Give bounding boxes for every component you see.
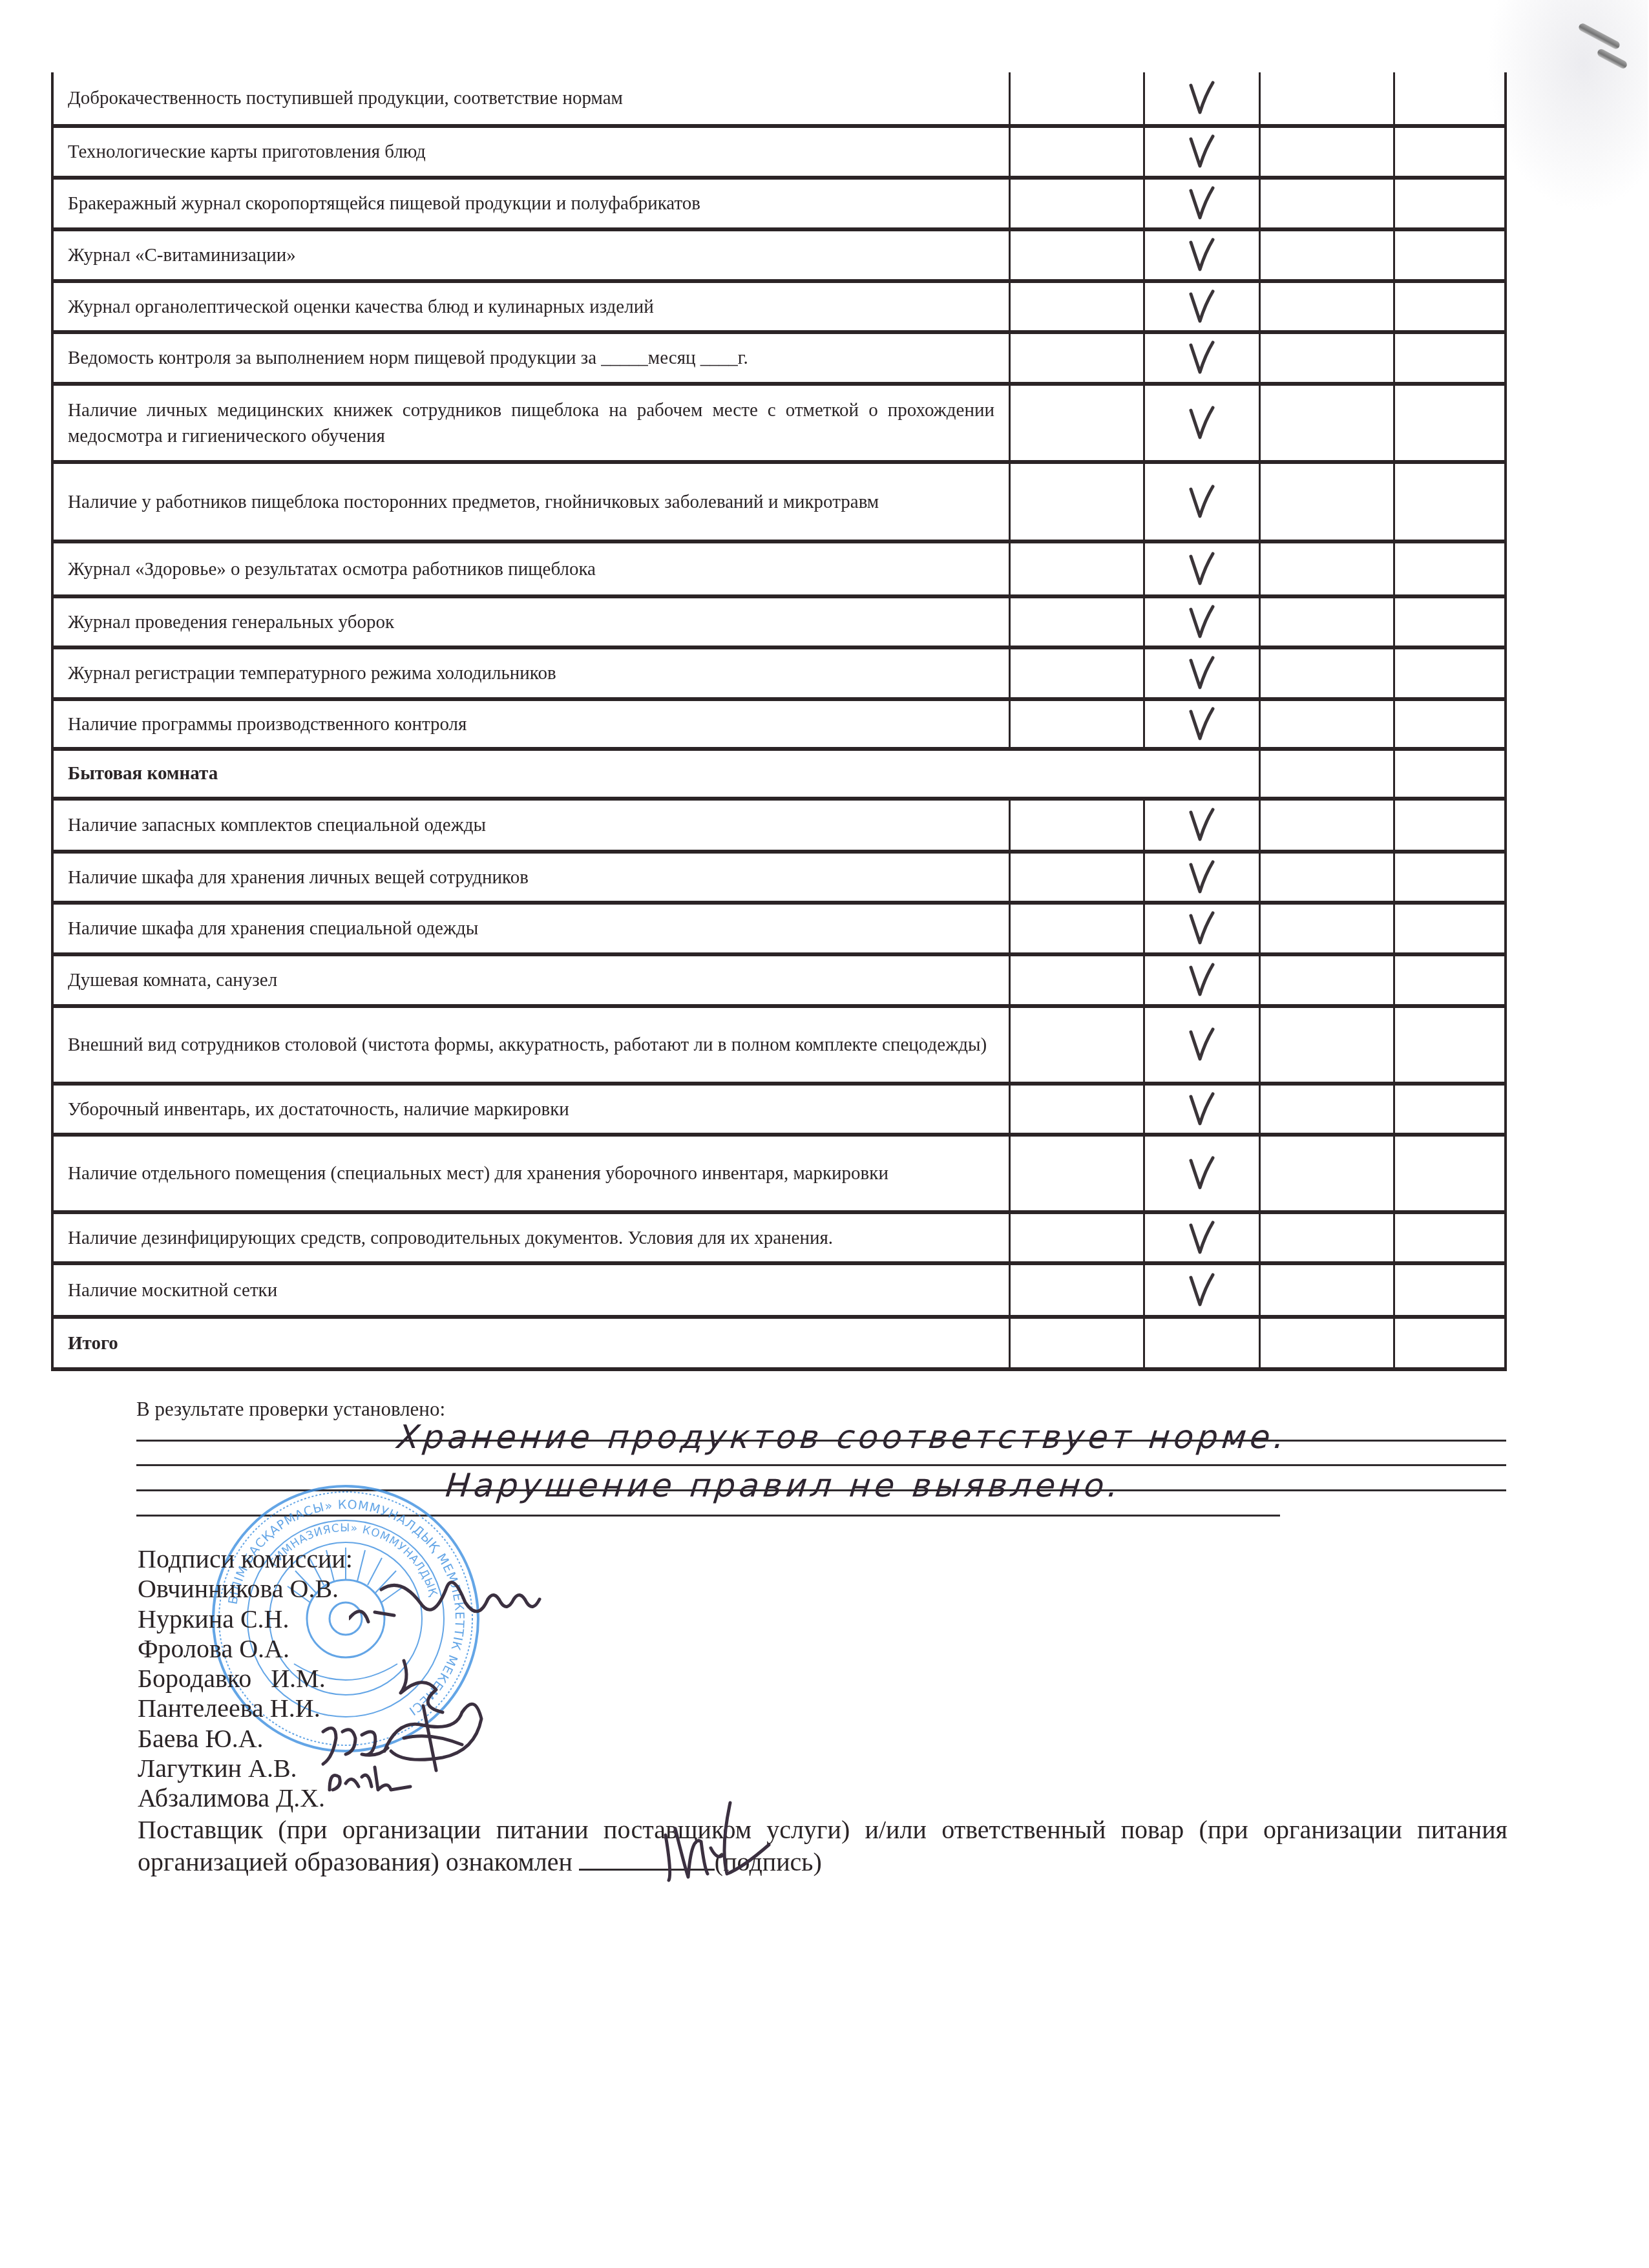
cell-col5: [1393, 701, 1504, 747]
cell-col5: [1393, 464, 1504, 540]
cell-col2: [1009, 386, 1143, 460]
results-line-2: [136, 1464, 1506, 1466]
check-mark-icon: [1143, 701, 1259, 747]
cell-col4: [1259, 854, 1393, 901]
table-row: Внешний вид сотрудников столовой (чистот…: [54, 1004, 1504, 1082]
cell-col4: [1259, 801, 1393, 850]
cell-col5: [1393, 72, 1504, 124]
criterion-text: Доброкачественность поступившей продукци…: [54, 72, 1009, 124]
cell-col4: [1259, 905, 1393, 952]
table-row: Журнал «С-витаминизации»: [54, 227, 1504, 279]
criterion-text: Наличие программы производственного конт…: [54, 701, 1009, 747]
check-mark-icon: [1143, 1214, 1259, 1261]
cell-col4: [1259, 72, 1393, 124]
cell-col2: [1009, 72, 1143, 124]
criterion-text: Уборочный инвентарь, их достаточность, н…: [54, 1086, 1009, 1133]
criterion-text: Журнал «Здоровье» о результатах осмотра …: [54, 543, 1009, 594]
cell-col2: [1009, 1214, 1143, 1261]
check-mark-icon: [1143, 905, 1259, 952]
cell-col5: [1393, 801, 1504, 850]
cell-col4: [1259, 1008, 1393, 1082]
commission-member: Фролова О.А.: [138, 1634, 353, 1664]
section-header-row: Бытовая комната: [54, 747, 1504, 797]
cell-col5: [1393, 180, 1504, 227]
criterion-text: Наличие москитной сетки: [54, 1265, 1009, 1315]
check-mark-icon: [1143, 854, 1259, 901]
table-row: Наличие москитной сетки: [54, 1261, 1504, 1315]
cell-col2: [1009, 1086, 1143, 1133]
commission-member: Бородавко И.М.: [138, 1664, 353, 1694]
signature-scrawl-ovchinnikova: [349, 1564, 543, 1635]
criterion-text: Бракеражный журнал скоропортящейся пищев…: [54, 180, 1009, 227]
criterion-text: Наличие отдельного помещения (специальны…: [54, 1137, 1009, 1210]
cell-col4: [1259, 231, 1393, 279]
cell-col5: [1393, 956, 1504, 1004]
check-mark-icon: [1143, 801, 1259, 850]
cell-col4: [1259, 751, 1393, 797]
cell-col2: [1009, 543, 1143, 594]
cell-col4: [1259, 649, 1393, 697]
cell-col4: [1259, 701, 1393, 747]
check-mark-icon: [1143, 283, 1259, 330]
cell-col3: [1143, 1319, 1259, 1367]
cell-col5: [1393, 1214, 1504, 1261]
cell-col2: [1009, 334, 1143, 382]
cell-col5: [1393, 598, 1504, 646]
results-label: В результате проверки установлено:: [136, 1398, 445, 1421]
table-row: Журнал регистрации температурного режима…: [54, 646, 1504, 697]
cell-col4: [1259, 180, 1393, 227]
cell-col5: [1393, 1008, 1504, 1082]
cell-col5: [1393, 334, 1504, 382]
table-row: Душевая комната, санузел: [54, 952, 1504, 1004]
supplier-acknowledgment: Поставщик (при организации питании поста…: [138, 1814, 1507, 1878]
table-row: Наличие дезинфицирующих средств, сопрово…: [54, 1210, 1504, 1261]
check-mark-icon: [1143, 543, 1259, 594]
cell-col2: [1009, 1319, 1143, 1367]
criterion-text: Журнал органолептической оценки качества…: [54, 283, 1009, 330]
cell-col2: [1009, 1265, 1143, 1315]
check-mark-icon: [1143, 386, 1259, 460]
table-row: Наличие личных медицинских книжек сотруд…: [54, 382, 1504, 460]
check-mark-icon: [1143, 128, 1259, 176]
check-mark-icon: [1143, 956, 1259, 1004]
cell-col2: [1009, 283, 1143, 330]
criterion-text: Душевая комната, санузел: [54, 956, 1009, 1004]
supplier-text: Поставщик (при организации питании поста…: [138, 1815, 1507, 1876]
cell-col4: [1259, 956, 1393, 1004]
table-row: Наличие шкафа для хранения личных вещей …: [54, 850, 1504, 901]
cell-col2: [1009, 180, 1143, 227]
table-row: Журнал проведения генеральных уборок: [54, 594, 1504, 646]
criterion-text: Наличие шкафа для хранения личных вещей …: [54, 854, 1009, 901]
table-row: Наличие шкафа для хранения специальной о…: [54, 901, 1504, 952]
criterion-text: Наличие дезинфицирующих средств, сопрово…: [54, 1214, 1009, 1261]
cell-col5: [1393, 128, 1504, 176]
cell-col2: [1009, 905, 1143, 952]
cell-col5: [1393, 854, 1504, 901]
commission-member: Нуркина С.Н.: [138, 1604, 353, 1634]
cell-col5: [1393, 283, 1504, 330]
scan-shadow: [1486, 0, 1648, 213]
cell-col5: [1393, 386, 1504, 460]
table-row: Доброкачественность поступившей продукци…: [54, 72, 1504, 124]
cell-col2: [1009, 464, 1143, 540]
cell-col2: [1009, 128, 1143, 176]
check-mark-icon: [1143, 1265, 1259, 1315]
check-mark-icon: [1143, 649, 1259, 697]
cell-col4: [1259, 543, 1393, 594]
table-row: Журнал органолептической оценки качества…: [54, 279, 1504, 330]
cell-col4: [1259, 598, 1393, 646]
cell-col5: [1393, 1137, 1504, 1210]
commission-member: Овчинникова О.В.: [138, 1574, 353, 1604]
check-mark-icon: [1143, 464, 1259, 540]
signature-scrawl-lagutkin: [323, 1758, 414, 1803]
commission-member: Абзалимова Д.Х.: [138, 1783, 353, 1813]
table-row: Бракеражный журнал скоропортящейся пищев…: [54, 176, 1504, 227]
table-row: Наличие запасных комплектов специальной …: [54, 797, 1504, 850]
criterion-text: Журнал «С-витаминизации»: [54, 231, 1009, 279]
table-row: Наличие отдельного помещения (специальны…: [54, 1133, 1504, 1210]
cell-col5: [1393, 543, 1504, 594]
commission-heading: Подписи комиссии:: [138, 1544, 353, 1574]
check-mark-icon: [1143, 334, 1259, 382]
cell-col2: [1009, 801, 1143, 850]
cell-col5: [1393, 1086, 1504, 1133]
criterion-text: Журнал регистрации температурного режима…: [54, 649, 1009, 697]
check-mark-icon: [1143, 180, 1259, 227]
cell-col2: [1009, 598, 1143, 646]
criterion-text: Технологические карты приготовления блюд: [54, 128, 1009, 176]
total-row: Итого: [54, 1315, 1504, 1367]
table-row: Наличие у работников пищеблока посторонн…: [54, 460, 1504, 540]
check-mark-icon: [1143, 231, 1259, 279]
check-mark-icon: [1143, 598, 1259, 646]
section-title: Бытовая комната: [54, 751, 1259, 797]
cell-col2: [1009, 231, 1143, 279]
signature-scrawl-supplier: [640, 1796, 782, 1887]
criterion-text: Ведомость контроля за выполнением норм п…: [54, 334, 1009, 382]
table-row: Ведомость контроля за выполнением норм п…: [54, 330, 1504, 382]
cell-col5: [1393, 1319, 1504, 1367]
cell-col5: [1393, 905, 1504, 952]
cell-col2: [1009, 1008, 1143, 1082]
criterion-text: Наличие личных медицинских книжек сотруд…: [54, 386, 1009, 460]
criterion-text: Итого: [54, 1319, 1009, 1367]
check-mark-icon: [1143, 1008, 1259, 1082]
cell-col5: [1393, 231, 1504, 279]
table-row: Уборочный инвентарь, их достаточность, н…: [54, 1082, 1504, 1133]
cell-col4: [1259, 1137, 1393, 1210]
cell-col5: [1393, 649, 1504, 697]
cell-col4: [1259, 1214, 1393, 1261]
cell-col2: [1009, 649, 1143, 697]
cell-col2: [1009, 1137, 1143, 1210]
table-row: Технологические карты приготовления блюд: [54, 124, 1504, 176]
cell-col4: [1259, 1086, 1393, 1133]
cell-col5: [1393, 1265, 1504, 1315]
cell-col4: [1259, 1319, 1393, 1367]
cell-col4: [1259, 128, 1393, 176]
table-row: Журнал «Здоровье» о результатах осмотра …: [54, 540, 1504, 594]
cell-col2: [1009, 701, 1143, 747]
cell-col2: [1009, 956, 1143, 1004]
criterion-text: Наличие запасных комплектов специальной …: [54, 801, 1009, 850]
criterion-text: Наличие шкафа для хранения специальной о…: [54, 905, 1009, 952]
cell-col5: [1393, 751, 1504, 797]
handwritten-finding-2: Нарушение правил не выявлено.: [444, 1467, 1124, 1504]
cell-col4: [1259, 1265, 1393, 1315]
handwritten-finding-1: Хранение продуктов соответствует норме.: [395, 1418, 1290, 1456]
inspection-checklist-table: Доброкачественность поступившей продукци…: [51, 72, 1507, 1371]
table-row: Наличие программы производственного конт…: [54, 697, 1504, 747]
cell-col2: [1009, 854, 1143, 901]
cell-col4: [1259, 334, 1393, 382]
check-mark-icon: [1143, 1086, 1259, 1133]
criterion-text: Журнал проведения генеральных уборок: [54, 598, 1009, 646]
cell-col4: [1259, 464, 1393, 540]
check-mark-icon: [1143, 1137, 1259, 1210]
cell-col4: [1259, 386, 1393, 460]
check-mark-icon: [1143, 72, 1259, 124]
criterion-text: Наличие у работников пищеблока посторонн…: [54, 464, 1009, 540]
cell-col4: [1259, 283, 1393, 330]
criterion-text: Внешний вид сотрудников столовой (чистот…: [54, 1008, 1009, 1082]
